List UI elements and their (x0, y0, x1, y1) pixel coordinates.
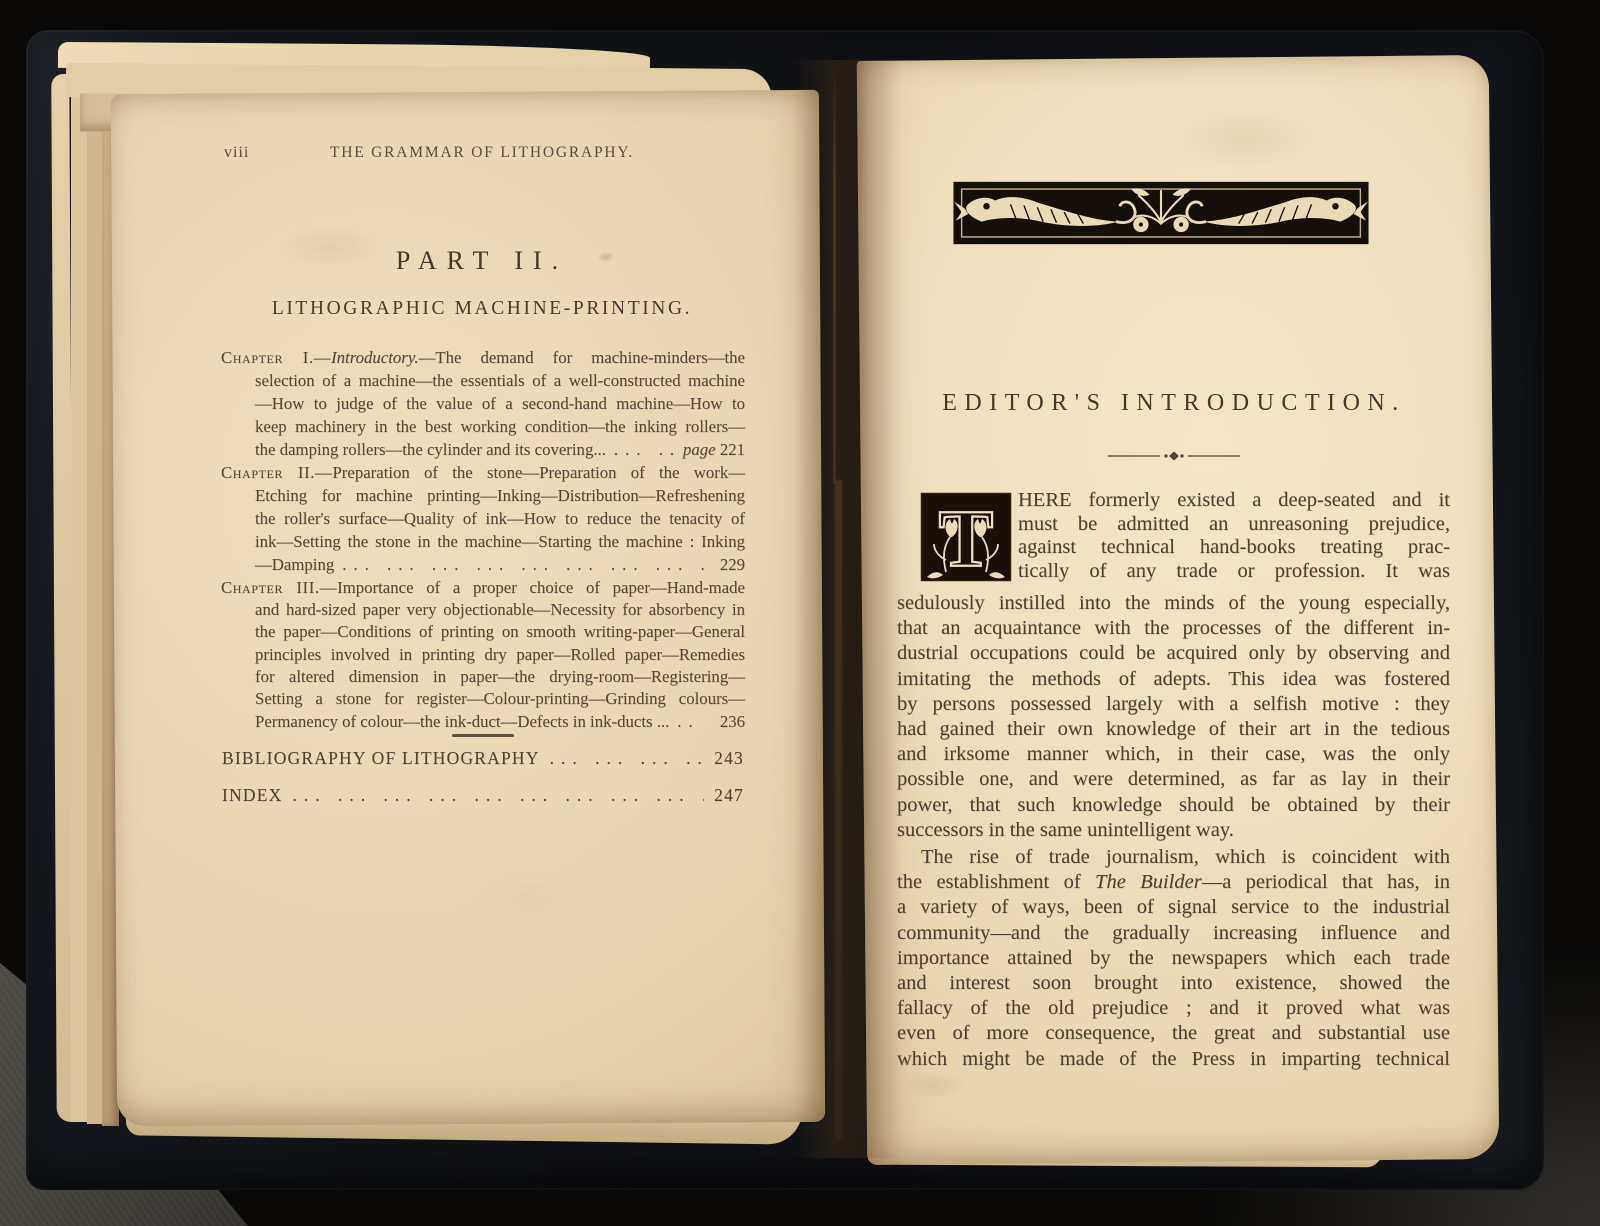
body-text-line: tically of any trade or profession. It w… (1018, 560, 1450, 584)
body-text-line: had gained their own knowledge of their … (897, 717, 1450, 742)
toc-line-with-leader: —Damping ... ... ... ... ... ... ... ...… (221, 553, 745, 576)
toc-line: —How to judge of the value of a second-h… (221, 392, 745, 415)
paragraph-2: The rise of trade journalism, which is c… (897, 845, 1450, 1072)
body-text-line: must be admitted an unreasoning prejudic… (1018, 513, 1450, 537)
toc-line-with-leader: the damping rollers—the cylinder and its… (221, 438, 745, 461)
toc-line: Etching for machine printing—Inking—Dist… (221, 484, 745, 507)
leader-dots: ... ... ... ... ... ... (550, 748, 705, 769)
page-ref: 236 (720, 710, 745, 733)
leader-dots: .. (677, 710, 712, 733)
body-text-line: power, that such knowledge should be obt… (897, 793, 1450, 818)
page-ref: 247 (714, 785, 744, 806)
toc-line: the roller's surface—Quality of ink—How … (221, 507, 745, 530)
dropcap-initial: T (920, 492, 1012, 582)
headpiece-ornament-icon (953, 181, 1369, 245)
toc-line: selection of a machine—the essentials of… (221, 369, 745, 392)
body-text-line: against technical hand-books treating pr… (1018, 536, 1450, 560)
body-text-line: and irksome manner which, in their case,… (897, 742, 1450, 767)
toc-line: Chapter I.—Introductory.—The demand for … (221, 346, 745, 369)
body-text-line: that an acquaintance with the processes … (897, 616, 1450, 641)
body-text-line: which might be made of the Press in impa… (897, 1047, 1450, 1072)
part-subtitle: LITHOGRAPHIC MACHINE-PRINTING. (222, 298, 742, 320)
leader-dots: ... ... (614, 438, 675, 461)
body-text-line: possible one, and were determined, as fa… (897, 767, 1450, 792)
toc-entry-chapter-2: Chapter II.—Preparation of the stone—Pre… (221, 461, 745, 576)
part-title: PART II. (222, 246, 742, 276)
body-text-line: HERE formerly existed a deep-seated and … (1018, 489, 1450, 513)
paragraph-1-beside-dropcap: HERE formerly existed a deep-seated and … (1018, 489, 1450, 583)
toc-entry-chapter-1: Chapter I.—Introductory.—The demand for … (221, 346, 745, 461)
toc-entry-chapter-3: Chapter III.—Importance of a proper choi… (221, 577, 745, 733)
toc-line: principles involved in printing dry pape… (221, 644, 745, 666)
body-text-line: imitating the methods of adepts. This id… (897, 667, 1450, 692)
body-text-line: successors in the same unintelligent way… (897, 818, 1450, 843)
italic-title: The Builder (1095, 871, 1202, 893)
toc-line: Chapter II.—Preparation of the stone—Pre… (221, 461, 745, 484)
paragraph-1-full-width: sedulously instilled into the minds of t… (897, 591, 1450, 843)
page-ref: 221 (720, 438, 745, 461)
toc-line-with-leader: Permanency of colour—the ink-duct—Defect… (221, 710, 745, 733)
section-divider-icon (898, 449, 1450, 468)
printed-ink-layer: viii THE GRAMMAR OF LITHOGRAPHY. PART II… (0, 0, 1600, 1226)
toc-line: for altered dimension in paper—the dryin… (221, 666, 745, 688)
body-text-line: community—and the gradually increasing i… (897, 921, 1450, 946)
page-ref: 229 (720, 553, 745, 576)
body-text-line: importance attained by the newspapers wh… (897, 946, 1450, 971)
body-text-line: and interest soon brought into existence… (897, 971, 1450, 996)
leader-dots: ... ... ... ... ... ... ... ... ... ... … (342, 553, 712, 576)
chapter-heading: EDITOR'S INTRODUCTION. (898, 390, 1450, 417)
folio-page-number: viii (224, 144, 249, 162)
leader-dots: ... ... ... ... ... ... ... ... ... ... … (292, 785, 704, 806)
left-page-header-row: viii THE GRAMMAR OF LITHOGRAPHY. (222, 144, 742, 166)
toc-line: ink—Setting the stone in the machine—Sta… (221, 530, 745, 553)
body-text-line: dustrial occupations could be acquired o… (897, 641, 1450, 666)
toc-line: the paper—Conditions of printing on smoo… (221, 621, 745, 643)
toc-entry-index: INDEX ... ... ... ... ... ... ... ... ..… (222, 785, 744, 806)
page-ref: 243 (714, 748, 744, 769)
svg-text:T: T (939, 493, 994, 582)
toc-line: and hard-sized paper very objectionable—… (221, 599, 745, 621)
toc-entry-bibliography: BIBLIOGRAPHY OF LITHOGRAPHY ... ... ... … (222, 748, 744, 769)
toc-line: Setting a stone for register—Colour-prin… (221, 688, 745, 710)
toc-line: Chapter III.—Importance of a proper choi… (221, 577, 745, 599)
running-header: THE GRAMMAR OF LITHOGRAPHY. (222, 144, 742, 162)
toc-line: keep machinery in the best working condi… (221, 415, 745, 438)
body-text-line: a variety of ways, been of signal servic… (897, 895, 1450, 920)
body-text-line: sedulously instilled into the minds of t… (897, 591, 1450, 616)
body-text-line: The rise of trade journalism, which is c… (897, 845, 1450, 870)
body-text-line: by persons possessed largely with a self… (897, 692, 1450, 717)
body-text-line: the establishment of The Builder—a perio… (897, 870, 1450, 895)
body-text-line: even of more consequence, the great and … (897, 1021, 1450, 1046)
section-rule (452, 734, 514, 737)
body-text-line: fallacy of the old prejudice ; and it pr… (897, 996, 1450, 1021)
